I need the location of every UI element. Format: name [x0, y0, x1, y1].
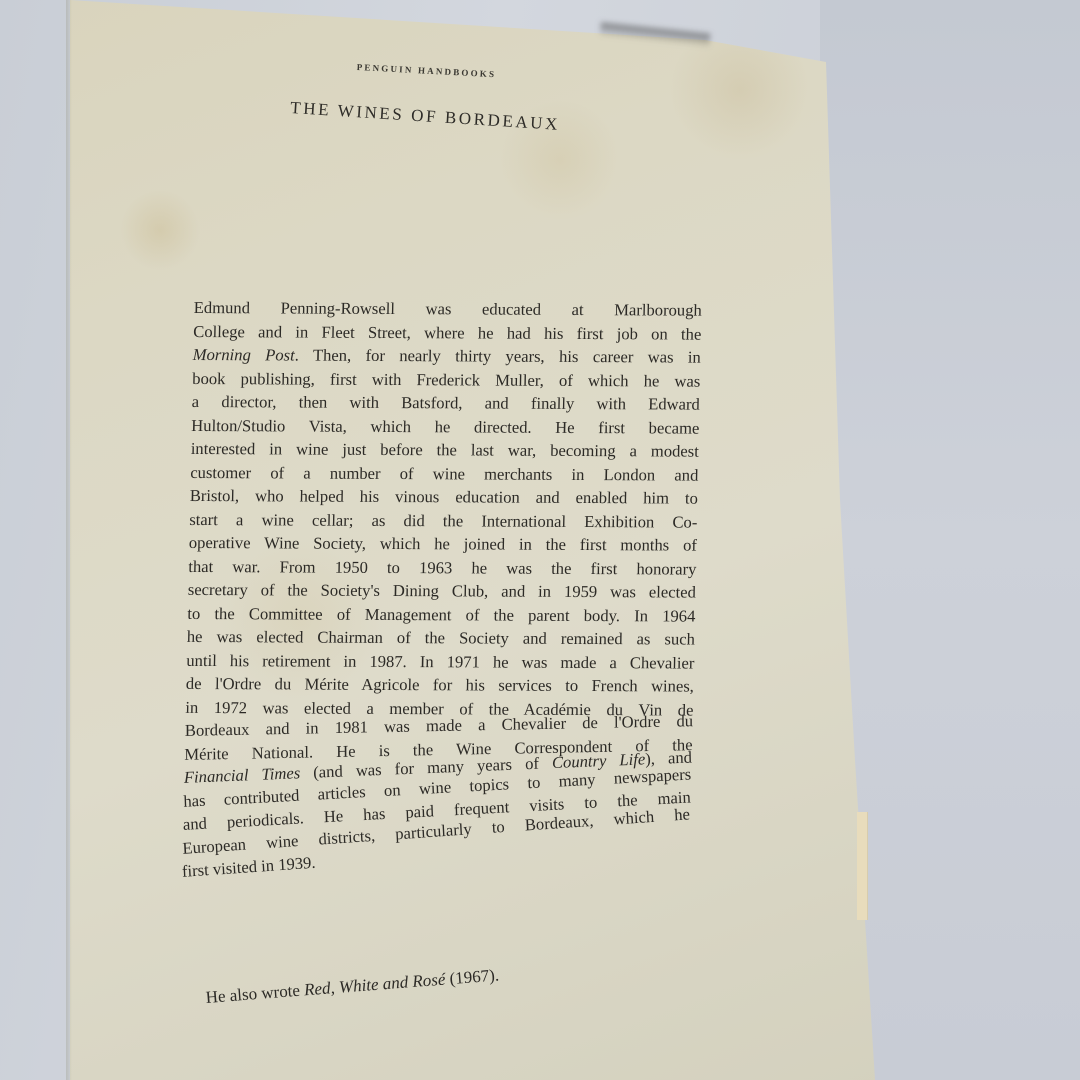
newspaper-title: Morning Post	[193, 345, 295, 365]
bio-line: book publishing, first with Frederick Mu…	[192, 366, 701, 392]
bio-line: Edmund Penning-Rowsell was educated at M…	[194, 296, 703, 322]
bio-line: secretary of the Society's Dining Club, …	[188, 578, 697, 604]
bio-line: College and in Fleet Street, where he ha…	[193, 319, 702, 345]
bio-line: start a wine cellar; as did the Internat…	[189, 507, 698, 533]
bio-line: to the Committee of Management of the pa…	[187, 601, 696, 627]
bio-line: a director, then with Batsford, and fina…	[192, 390, 701, 416]
bio-line: Bristol, who helped his vinous education…	[190, 484, 699, 510]
bio-line: that war. From 1950 to 1963 he was the f…	[188, 554, 697, 580]
bio-line: Morning Post. Then, for nearly thirty ye…	[193, 343, 702, 369]
bio-line: until his retirement in 1987. In 1971 he…	[186, 648, 695, 674]
author-biography: Edmund Penning-Rowsell was educated at M…	[182, 296, 702, 886]
bio-line: operative Wine Society, which he joined …	[189, 531, 698, 557]
newspaper-title: Financial Times	[184, 763, 301, 787]
bio-line: customer of a number of wine merchants i…	[190, 460, 699, 486]
bio-line: Hulton/Studio Vista, which he directed. …	[191, 413, 700, 439]
bio-line: he was elected Chairman of the Society a…	[187, 625, 696, 651]
page-left-edge	[66, 0, 72, 1080]
page-edge-tab	[857, 812, 868, 920]
bio-line: interested in wine just before the last …	[191, 437, 700, 463]
bio-line: de l'Ordre du Mérite Agricole for his se…	[186, 672, 695, 698]
